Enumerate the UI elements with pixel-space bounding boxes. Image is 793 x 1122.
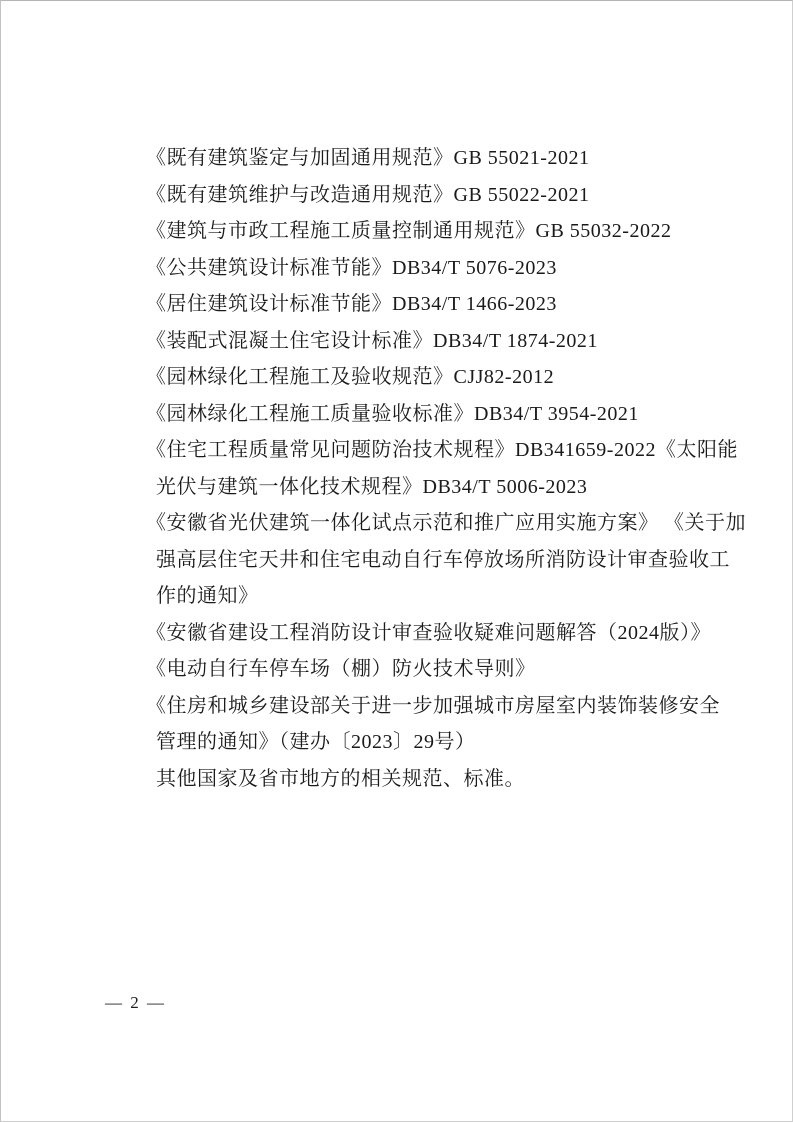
page-number: — 2 — — [105, 993, 166, 1013]
document-line: 强高层住宅天井和住宅电动自行车停放场所消防设计审查验收工 — [146, 542, 691, 579]
document-line: 《既有建筑维护与改造通用规范》GB 55022-2021 — [146, 177, 691, 214]
document-line: 《居住建筑设计标准节能》DB34/T 1466-2023 — [146, 286, 691, 323]
document-line: 作的通知》 — [146, 578, 691, 615]
standards-list: 《既有建筑鉴定与加固通用规范》GB 55021-2021《既有建筑维护与改造通用… — [146, 140, 691, 797]
document-line: 《安徽省光伏建筑一体化试点示范和推广应用实施方案》 《关于加 — [146, 505, 691, 542]
document-page: 《既有建筑鉴定与加固通用规范》GB 55021-2021《既有建筑维护与改造通用… — [0, 0, 793, 1122]
document-line: 《住房和城乡建设部关于进一步加强城市房屋室内装饰装修安全 — [146, 688, 691, 725]
document-line: 《既有建筑鉴定与加固通用规范》GB 55021-2021 — [146, 140, 691, 177]
document-line: 《建筑与市政工程施工质量控制通用规范》GB 55032-2022 — [146, 213, 691, 250]
document-line: 《园林绿化工程施工质量验收标准》DB34/T 3954-2021 — [146, 396, 691, 433]
document-line: 《安徽省建设工程消防设计审查验收疑难问题解答（2024版）》 — [146, 615, 691, 652]
document-line: 《电动自行车停车场（棚）防火技术导则》 — [146, 651, 691, 688]
document-line: 管理的通知》（建办〔2023〕29号） — [146, 724, 691, 761]
document-line: 《园林绿化工程施工及验收规范》CJJ82-2012 — [146, 359, 691, 396]
document-line: 《公共建筑设计标准节能》DB34/T 5076-2023 — [146, 250, 691, 287]
document-line: 《装配式混凝土住宅设计标准》DB34/T 1874-2021 — [146, 323, 691, 360]
document-line: 其他国家及省市地方的相关规范、标准。 — [146, 761, 691, 798]
document-line: 光伏与建筑一体化技术规程》DB34/T 5006-2023 — [146, 469, 691, 506]
document-line: 《住宅工程质量常见问题防治技术规程》DB341659-2022《太阳能 — [146, 432, 691, 469]
